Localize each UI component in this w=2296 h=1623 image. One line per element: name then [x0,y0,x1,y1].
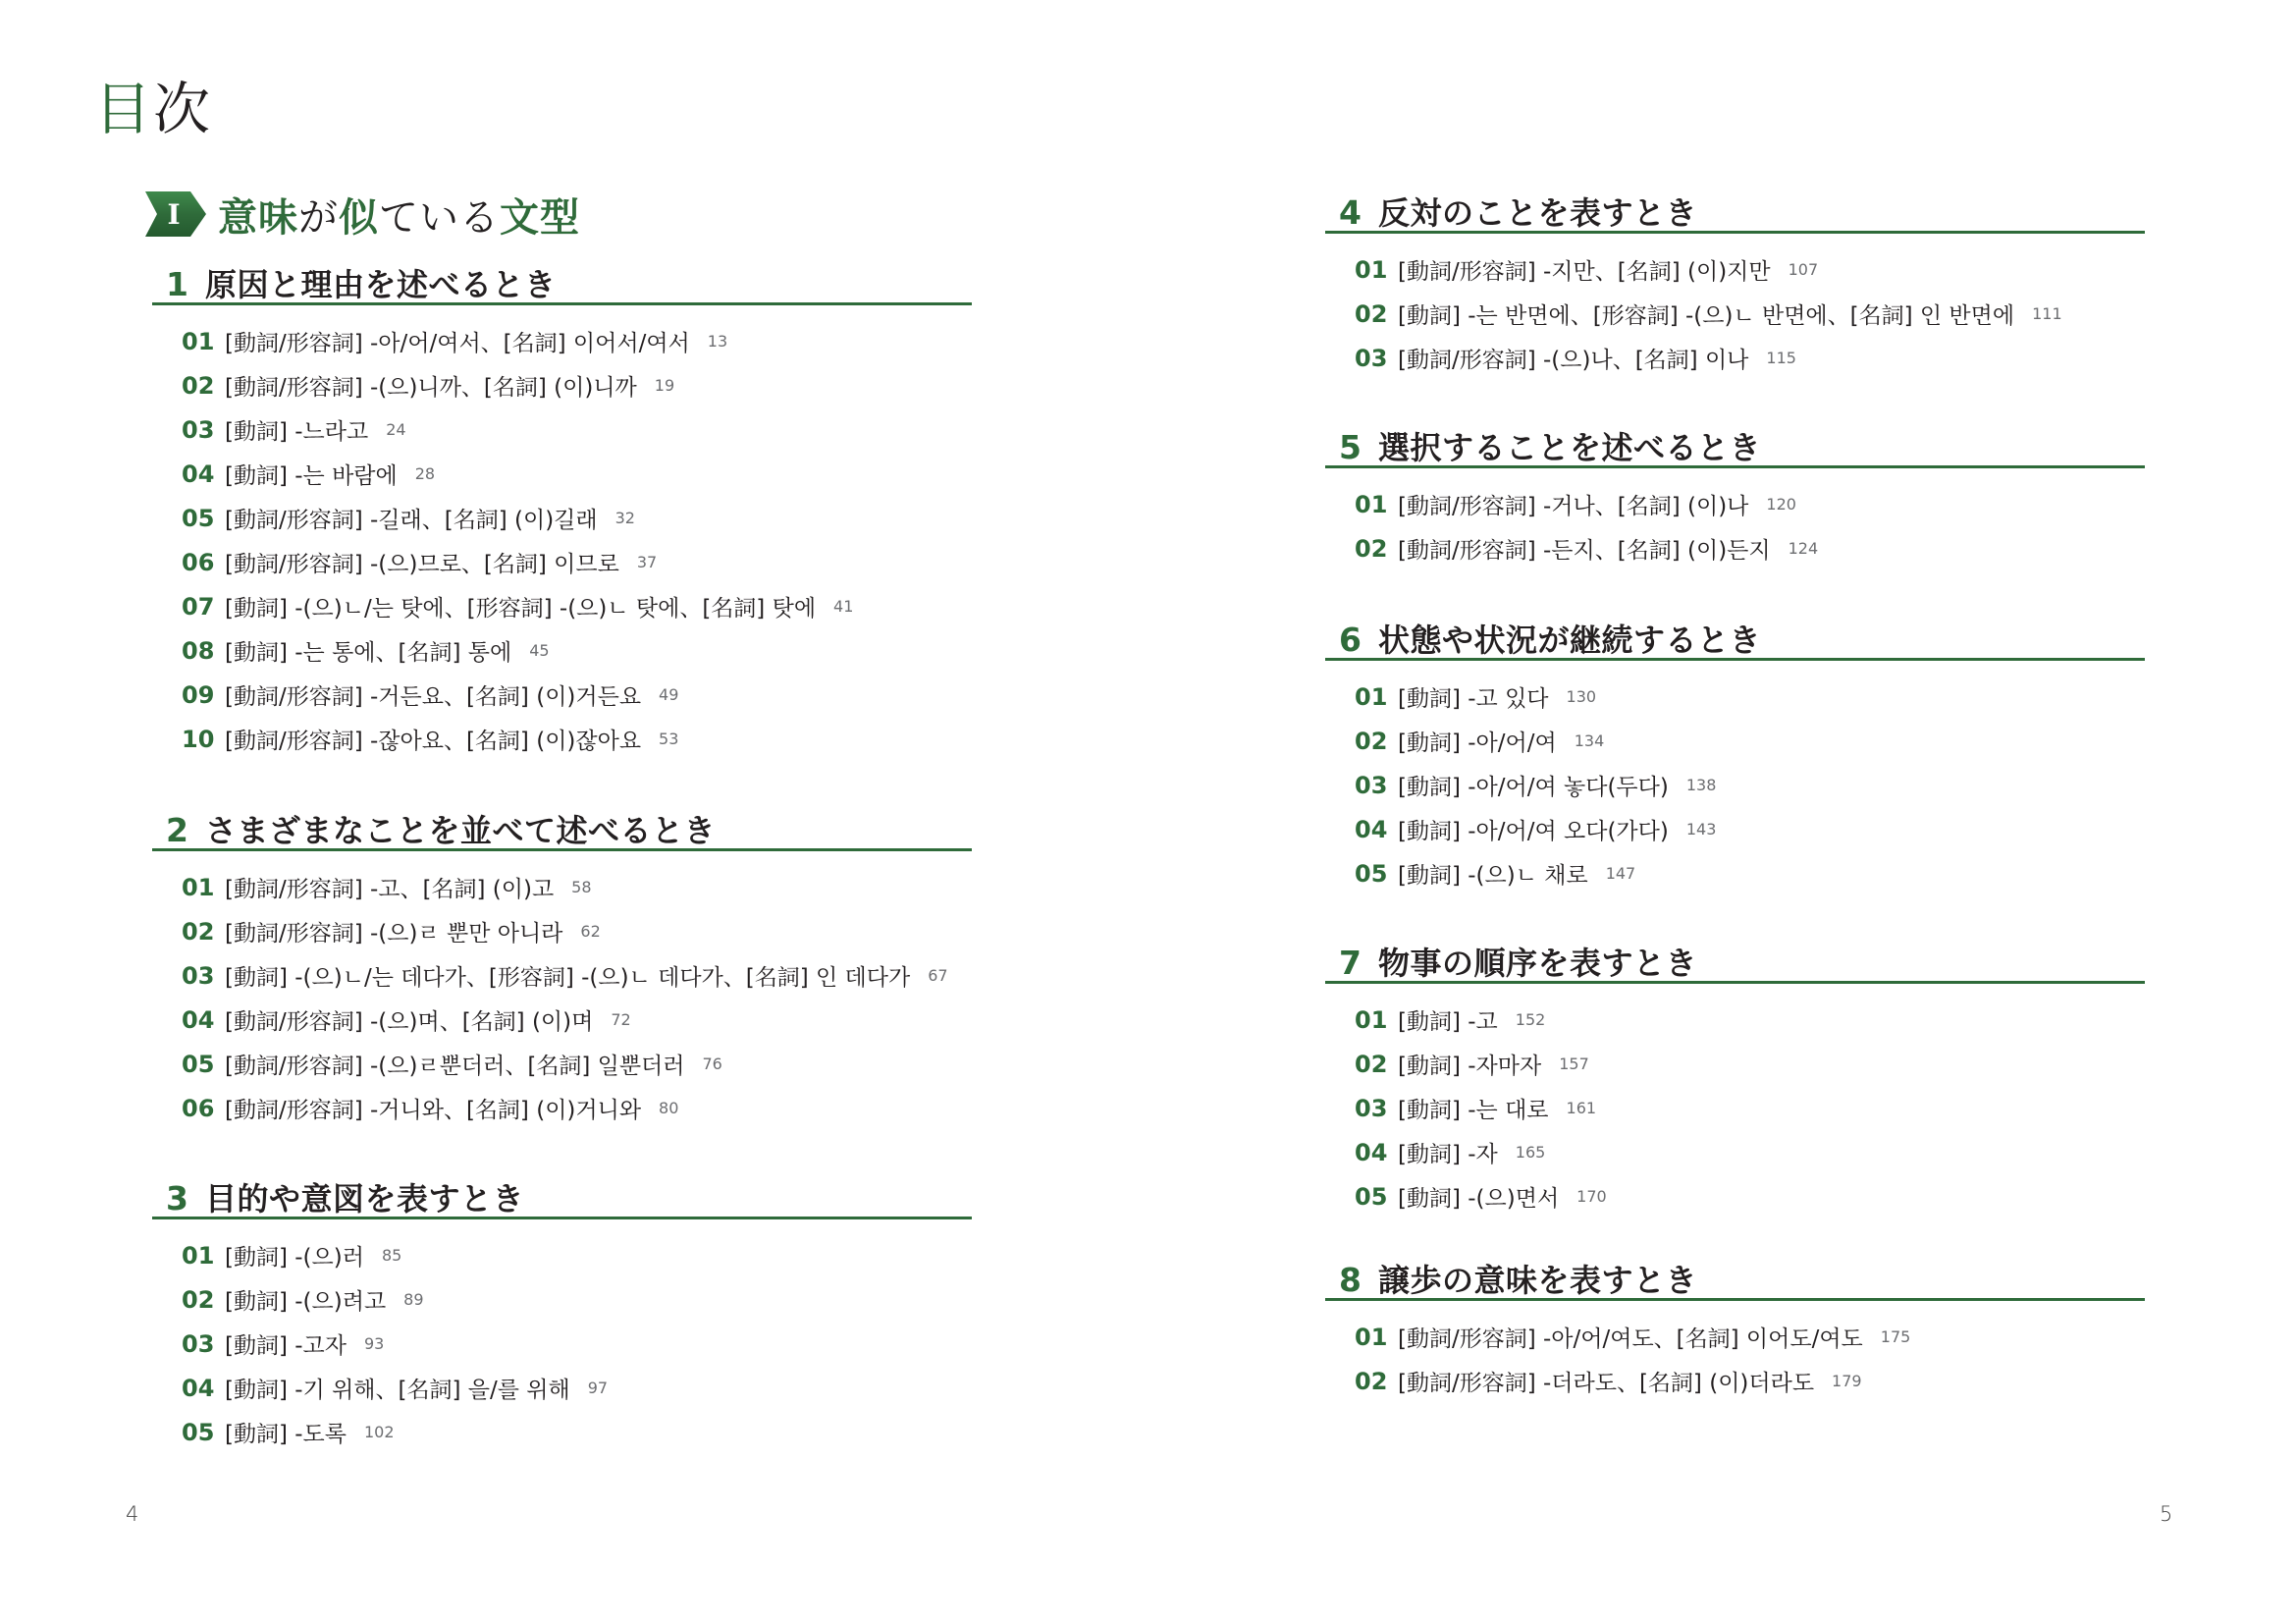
section-number: 7 [1339,947,1378,979]
toc-entry[interactable]: 10[動詞/形容詞] -잖아요、[名詞] (이)잖아요53 [152,717,972,761]
entry-pattern: [動詞] -아/어/여 놓다(두다) [1398,769,1669,801]
entry-number: 01 [182,1242,225,1270]
entry-page-ref: 175 [1881,1327,1911,1346]
entry-page-ref: 161 [1567,1099,1597,1117]
entry-pattern: [動詞/形容詞] -(으)ㄹ 뿐만 아니라 [225,915,562,947]
entry-pattern: [動詞/形容詞] -거나、[名詞] (이)나 [1398,488,1748,520]
toc-entry[interactable]: 05[動詞] -(으)면서170 [1325,1174,2145,1218]
toc-entry[interactable]: 08[動詞] -는 통에、[名詞] 통에45 [152,628,972,673]
entry-number: 02 [1355,535,1398,563]
entry-page-ref: 93 [364,1334,384,1353]
section-number: 3 [166,1182,205,1215]
entry-page-ref: 170 [1576,1187,1607,1206]
entry-pattern: [動詞] -(으)ㄴ/는 탓에、[形容詞] -(으)ㄴ 탓에、[名詞] 탓에 [225,590,816,622]
toc-entry[interactable]: 02[動詞] -(으)려고89 [152,1277,972,1322]
toc-section-7: 7物事の順序を表すとき01[動詞] -고15202[動詞] -자마자15703[… [1325,936,2145,1218]
entry-number: 01 [1355,491,1398,518]
section-item-list: 01[動詞/形容詞] -아/어/여도、[名詞] 이어도/여도17502[動詞/形… [1325,1315,2145,1403]
entry-page-ref: 134 [1575,731,1605,750]
section-item-list: 01[動詞/形容詞] -지만、[名詞] (이)지만10702[動詞] -는 반면… [1325,247,2145,380]
toc-entry[interactable]: 02[動詞/形容詞] -(으)니까、[名詞] (이)니까19 [152,363,972,407]
entry-number: 05 [182,505,225,532]
part-title-segment: 意味 [218,195,298,241]
page-title-char-1: 目 [94,76,153,142]
entry-pattern: [動詞/形容詞] -(으)ㄹ뿐더러、[名詞] 일뿐더러 [225,1048,684,1080]
toc-section-4: 4反対のことを表すとき01[動詞/形容詞] -지만、[名詞] (이)지만1070… [1325,186,2145,380]
entry-number: 02 [1355,728,1398,755]
toc-entry[interactable]: 03[動詞] -(으)ㄴ/는 데다가、[形容詞] -(으)ㄴ 데다가、[名詞] … [152,953,972,998]
entry-page-ref: 89 [403,1290,423,1309]
toc-entry[interactable]: 03[動詞] -느라고24 [152,407,972,452]
entry-pattern: [動詞] -아/어/여 [1398,725,1557,757]
entry-pattern: [動詞] -자 [1398,1136,1498,1168]
toc-entry[interactable]: 03[動詞/形容詞] -(으)나、[名詞] 이나115 [1325,336,2145,380]
entry-page-ref: 45 [529,641,549,660]
entry-page-ref: 28 [415,464,435,483]
page-title-char-2: 次 [153,76,212,142]
toc-entry[interactable]: 02[動詞/形容詞] -더라도、[名詞] (이)더라도179 [1325,1359,2145,1403]
toc-section-5: 5選択することを述べるとき01[動詞/形容詞] -거나、[名詞] (이)나120… [1325,420,2145,570]
toc-entry[interactable]: 04[動詞] -자165 [1325,1130,2145,1174]
entry-page-ref: 41 [833,597,853,616]
entry-page-ref: 49 [659,685,678,704]
toc-entry[interactable]: 09[動詞/形容詞] -거든요、[名詞] (이)거든요49 [152,673,972,717]
toc-entry[interactable]: 03[動詞] -고자93 [152,1322,972,1366]
toc-section-3: 3目的や意図を表すとき01[動詞] -(으)러8502[動詞] -(으)려고89… [152,1171,972,1454]
entry-number: 03 [1355,345,1398,372]
page-number-right: 5 [2160,1502,2172,1526]
entry-pattern: [動詞/形容詞] -(으)니까、[名詞] (이)니까 [225,369,637,402]
entry-page-ref: 124 [1789,539,1819,558]
toc-entry[interactable]: 02[動詞] -자마자157 [1325,1042,2145,1086]
entry-page-ref: 32 [615,509,635,527]
section-heading: 4反対のことを表すとき [1325,186,2145,234]
entry-pattern: [動詞/形容詞] -거니와、[名詞] (이)거니와 [225,1092,641,1124]
entry-pattern: [動詞/形容詞] -(으)므로、[名詞] 이므로 [225,546,619,578]
section-item-list: 01[動詞/形容詞] -고、[名詞] (이)고5802[動詞/形容詞] -(으)… [152,865,972,1130]
entry-number: 02 [182,372,225,400]
entry-page-ref: 179 [1832,1372,1862,1390]
toc-entry[interactable]: 04[動詞/形容詞] -(으)며、[名詞] (이)며72 [152,998,972,1042]
toc-entry[interactable]: 05[動詞/形容詞] -(으)ㄹ뿐더러、[名詞] 일뿐더러76 [152,1042,972,1086]
section-item-list: 01[動詞/形容詞] -거나、[名詞] (이)나12002[動詞/形容詞] -든… [1325,482,2145,570]
entry-pattern: [動詞/形容詞] -(으)며、[名詞] (이)며 [225,1003,593,1036]
entry-number: 01 [182,328,225,355]
section-heading: 2さまざまなことを並べて述べるとき [152,803,972,851]
entry-number: 03 [1355,1095,1398,1122]
entry-number: 04 [1355,816,1398,843]
entry-page-ref: 67 [928,966,947,985]
entry-page-ref: 152 [1516,1010,1546,1029]
entry-pattern: [動詞/形容詞] -(으)나、[名詞] 이나 [1398,342,1748,374]
entry-pattern: [動詞] -고 있다 [1398,680,1549,713]
entry-page-ref: 157 [1559,1055,1589,1073]
entry-pattern: [動詞/形容詞] -아/어/여서、[名詞] 이어서/여서 [225,325,690,357]
entry-pattern: [動詞] -는 대로 [1398,1092,1549,1124]
section-item-list: 01[動詞/形容詞] -아/어/여서、[名詞] 이어서/여서1302[動詞/形容… [152,319,972,761]
entry-number: 04 [182,1006,225,1034]
section-item-list: 01[動詞] -고 있다13002[動詞] -아/어/여13403[動詞] -아… [1325,675,2145,895]
toc-entry[interactable]: 02[動詞/形容詞] -(으)ㄹ 뿐만 아니라62 [152,909,972,953]
section-heading: 6状態や状況が継続するとき [1325,613,2145,661]
toc-entry[interactable]: 02[動詞] -아/어/여134 [1325,719,2145,763]
entry-pattern: [動詞] -는 바람에 [225,458,398,490]
toc-entry[interactable]: 01[動詞/形容詞] -거나、[名詞] (이)나120 [1325,482,2145,526]
entry-pattern: [動詞] -는 통에、[名詞] 통에 [225,634,511,667]
entry-page-ref: 53 [659,730,678,748]
entry-number: 05 [1355,860,1398,888]
toc-entry[interactable]: 06[動詞/形容詞] -(으)므로、[名詞] 이므로37 [152,540,972,584]
entry-pattern: [動詞/形容詞] -잖아요、[名詞] (이)잖아요 [225,723,641,755]
toc-entry[interactable]: 07[動詞] -(으)ㄴ/는 탓에、[形容詞] -(으)ㄴ 탓에、[名詞] 탓에… [152,584,972,628]
toc-entry[interactable]: 02[動詞/形容詞] -든지、[名詞] (이)든지124 [1325,526,2145,570]
entry-page-ref: 147 [1606,864,1636,883]
section-title: さまざまなことを並べて述べるとき [205,815,716,846]
entry-page-ref: 58 [571,878,591,896]
toc-section-8: 8譲歩の意味を表すとき01[動詞/形容詞] -아/어/여도、[名詞] 이어도/여… [1325,1253,2145,1403]
entry-number: 10 [182,726,225,753]
entry-number: 02 [182,1286,225,1314]
entry-page-ref: 111 [2032,304,2062,323]
entry-number: 08 [182,637,225,665]
section-title: 譲歩の意味を表すとき [1378,1265,1697,1296]
entry-number: 03 [182,1330,225,1358]
entry-pattern: [動詞] -자마자 [1398,1048,1541,1080]
section-item-list: 01[動詞] -(으)러8502[動詞] -(으)려고8903[動詞] -고자9… [152,1233,972,1454]
entry-number: 02 [1355,1051,1398,1078]
entry-page-ref: 138 [1686,776,1717,794]
entry-page-ref: 76 [702,1055,721,1073]
toc-entry[interactable]: 03[動詞] -아/어/여 놓다(두다)138 [1325,763,2145,807]
section-heading: 5選択することを述べるとき [1325,420,2145,468]
entry-number: 09 [182,681,225,709]
section-heading: 8譲歩の意味を表すとき [1325,1253,2145,1301]
entry-pattern: [動詞/形容詞] -더라도、[名詞] (이)더라도 [1398,1365,1814,1397]
entry-number: 02 [1355,300,1398,328]
toc-entry[interactable]: 04[動詞] -기 위해、[名詞] 을/를 위해97 [152,1366,972,1410]
entry-number: 05 [182,1051,225,1078]
entry-number: 03 [182,416,225,444]
entry-page-ref: 62 [580,922,600,941]
toc-section-2: 2さまざまなことを並べて述べるとき01[動詞/形容詞] -고、[名詞] (이)고… [152,803,972,1130]
entry-pattern: [動詞/形容詞] -고、[名詞] (이)고 [225,871,554,903]
section-heading: 3目的や意図を表すとき [152,1171,972,1219]
entry-number: 05 [1355,1183,1398,1211]
entry-pattern: [動詞] -(으)ㄴ 채로 [1398,857,1588,890]
entry-page-ref: 24 [386,420,405,439]
entry-pattern: [動詞] -느라고 [225,413,368,446]
section-title: 反対のことを表すとき [1378,197,1697,229]
toc-entry[interactable]: 05[動詞] -도록102 [152,1410,972,1454]
entry-pattern: [動詞/形容詞] -거든요、[名詞] (이)거든요 [225,678,641,711]
section-title: 状態や状況が継続するとき [1378,624,1761,656]
part-title-segment: ている [379,195,500,241]
entry-page-ref: 143 [1686,820,1717,839]
entry-number: 04 [182,460,225,488]
entry-number: 03 [182,962,225,990]
toc-section-1: 1原因と理由を述べるとき01[動詞/形容詞] -아/어/여서、[名詞] 이어서/… [152,257,972,761]
page-number-left: 4 [126,1502,138,1526]
entry-number: 02 [1355,1368,1398,1395]
section-number: 4 [1339,196,1378,229]
entry-number: 02 [182,918,225,946]
entry-pattern: [動詞/形容詞] -아/어/여도、[名詞] 이어도/여도 [1398,1321,1863,1353]
entry-number: 01 [1355,1324,1398,1351]
entry-page-ref: 130 [1567,687,1597,706]
part-title: 意味が似ている文型 [218,187,580,243]
toc-section-6: 6状態や状況が継続するとき01[動詞] -고 있다13002[動詞] -아/어/… [1325,613,2145,895]
section-number: 5 [1339,431,1378,463]
entry-page-ref: 19 [655,376,674,395]
page-title: 目次 [94,81,212,137]
section-title: 選択することを述べるとき [1378,432,1761,463]
entry-number: 01 [182,874,225,901]
entry-number: 07 [182,593,225,621]
entry-number: 05 [182,1419,225,1446]
section-number: 2 [166,814,205,846]
section-heading: 1原因と理由を述べるとき [152,257,972,305]
entry-pattern: [動詞] -고 [1398,1003,1498,1036]
toc-entry[interactable]: 01[動詞/形容詞] -지만、[名詞] (이)지만107 [1325,247,2145,292]
section-number: 1 [166,268,205,300]
entry-pattern: [動詞] -(으)려고 [225,1283,386,1316]
toc-entry[interactable]: 02[動詞] -는 반면에、[形容詞] -(으)ㄴ 반면에、[名詞] 인 반면에… [1325,292,2145,336]
entry-page-ref: 115 [1766,349,1796,367]
entry-page-ref: 102 [364,1423,395,1441]
section-number: 6 [1339,623,1378,656]
part-heading: I 意味が似ている文型 [145,187,580,242]
part-title-segment: 似 [339,195,379,241]
entry-page-ref: 97 [588,1379,608,1397]
entry-pattern: [動詞] -아/어/여 오다(가다) [1398,813,1669,845]
entry-pattern: [動詞/形容詞] -지만、[名詞] (이)지만 [1398,253,1771,286]
entry-number: 01 [1355,256,1398,284]
entry-page-ref: 72 [611,1010,630,1029]
toc-entry[interactable]: 05[動詞] -(으)ㄴ 채로147 [1325,851,2145,895]
entry-pattern: [動詞] -도록 [225,1416,347,1448]
entry-pattern: [動詞/形容詞] -길래、[名詞] (이)길래 [225,502,598,534]
entry-pattern: [動詞] -(으)ㄴ/는 데다가、[形容詞] -(으)ㄴ 데다가、[名詞] 인 … [225,959,910,992]
entry-page-ref: 120 [1766,495,1796,514]
part-badge-label: I [145,191,196,237]
entry-page-ref: 107 [1789,260,1819,279]
toc-entry[interactable]: 04[動詞] -아/어/여 오다(가다)143 [1325,807,2145,851]
part-badge-chevron-icon: I [145,191,204,237]
toc-entry[interactable]: 01[動詞] -(으)러85 [152,1233,972,1277]
toc-entry[interactable]: 01[動詞/形容詞] -아/어/여서、[名詞] 이어서/여서13 [152,319,972,363]
toc-entry[interactable]: 05[動詞/形容詞] -길래、[名詞] (이)길래32 [152,496,972,540]
entry-pattern: [動詞] -(으)면서 [1398,1180,1559,1213]
entry-pattern: [動詞/形容詞] -든지、[名詞] (이)든지 [1398,532,1771,565]
part-title-segment: 文型 [500,195,580,241]
section-title: 原因と理由を述べるとき [205,269,557,300]
entry-number: 01 [1355,1006,1398,1034]
section-title: 物事の順序を表すとき [1378,947,1697,979]
entry-page-ref: 165 [1516,1143,1546,1162]
entry-page-ref: 85 [382,1246,401,1265]
section-number: 8 [1339,1264,1378,1296]
toc-entry[interactable]: 06[動詞/形容詞] -거니와、[名詞] (이)거니와80 [152,1086,972,1130]
toc-entry[interactable]: 01[動詞/形容詞] -고、[名詞] (이)고58 [152,865,972,909]
toc-entry[interactable]: 03[動詞] -는 대로161 [1325,1086,2145,1130]
section-heading: 7物事の順序を表すとき [1325,936,2145,984]
toc-entry[interactable]: 04[動詞] -는 바람에28 [152,452,972,496]
entry-pattern: [動詞] -고자 [225,1327,347,1360]
entry-number: 06 [182,549,225,576]
toc-entry[interactable]: 01[動詞] -고 있다130 [1325,675,2145,719]
entry-pattern: [動詞] -기 위해、[名詞] 을/를 위해 [225,1372,570,1404]
toc-entry[interactable]: 01[動詞/形容詞] -아/어/여도、[名詞] 이어도/여도175 [1325,1315,2145,1359]
entry-number: 01 [1355,683,1398,711]
entry-pattern: [動詞] -는 반면에、[形容詞] -(으)ㄴ 반면에、[名詞] 인 반면에 [1398,298,2014,330]
section-title: 目的や意図を表すとき [205,1183,524,1215]
entry-page-ref: 80 [659,1099,678,1117]
entry-number: 06 [182,1095,225,1122]
entry-pattern: [動詞] -(으)러 [225,1239,364,1271]
entry-page-ref: 37 [637,553,657,571]
toc-entry[interactable]: 01[動詞] -고152 [1325,998,2145,1042]
entry-number: 03 [1355,772,1398,799]
part-title-segment: が [298,195,339,241]
entry-number: 04 [182,1375,225,1402]
entry-page-ref: 13 [708,332,727,351]
entry-number: 04 [1355,1139,1398,1166]
section-item-list: 01[動詞] -고15202[動詞] -자마자15703[動詞] -는 대로16… [1325,998,2145,1218]
